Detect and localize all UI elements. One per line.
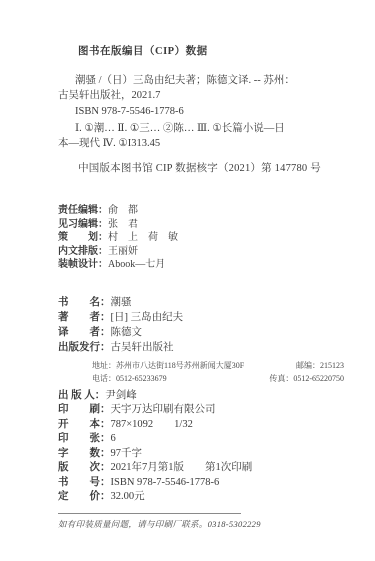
credit-label: 责任编辑： (58, 205, 108, 216)
address-text: 地址：苏州市八达街118号苏州新闻大厦30F (92, 359, 244, 372)
credit-row: 装帧设计：Abook—七月 (58, 258, 355, 272)
printing-value: 6 (111, 433, 116, 444)
printing-row: 印 刷：天宇万达印刷有限公司 (58, 403, 355, 418)
publication-row: 书 名：潮骚 (58, 295, 355, 310)
publication-label: 书 名： (58, 297, 111, 308)
translator-name: 陈德文 (111, 327, 143, 338)
printing-label: 定 价： (58, 491, 111, 502)
credit-row: 见习编辑：张 君 (58, 218, 355, 232)
cip-entry: 潮骚 /（日）三岛由纪夫著；陈德文译. -- 苏州： 古吴轩出版社，2021.7 (58, 73, 355, 103)
printing-row: 印 张：6 (58, 432, 355, 447)
printing-value: 2021年7月第1版 第1次印刷 (111, 462, 253, 473)
credit-row: 内文排版：王丽妍 (58, 245, 355, 259)
publisher-name: 古吴轩出版社 (111, 342, 174, 353)
cip-classification: Ⅰ. ①潮… Ⅱ. ①三… ②陈… Ⅲ. ①长篇小说—日 本—现代 Ⅳ. ①I3… (58, 121, 355, 151)
publication-row: 著 者：[日] 三岛由纪夫 (58, 310, 355, 325)
zip-text: 邮编：215123 (296, 359, 344, 372)
credit-label: 装帧设计： (58, 259, 108, 270)
cip-entry-line: 古吴轩出版社，2021.7 (58, 88, 355, 103)
printing-label: 书 号： (58, 477, 111, 488)
publication-info: 书 名：潮骚 著 者：[日] 三岛由纪夫 译 者：陈德文 出版发行：古吴轩出版社 (58, 295, 355, 355)
credit-row: 策 划：村 上 荷 敏 (58, 231, 355, 245)
printing-label: 版 次： (58, 462, 111, 473)
credit-value: 王丽妍 (108, 246, 138, 257)
publication-label: 出版发行： (58, 342, 111, 353)
printing-label: 字 数： (58, 448, 111, 459)
printing-row: 字 数：97千字 (58, 447, 355, 462)
publisher-contact: 地址：苏州市八达街118号苏州新闻大厦30F 邮编：215123 电话：0512… (92, 359, 344, 385)
copyright-page: 图书在版编目（CIP）数据 潮骚 /（日）三岛由纪夫著；陈德文译. -- 苏州：… (0, 0, 375, 561)
cip-record-number: 中国版本图书馆 CIP 数据核字（2021）第 147780 号 (58, 160, 341, 175)
editorial-credits: 责任编辑：俞 都 见习编辑：张 君 策 划：村 上 荷 敏 内文排版：王丽妍 装… (58, 204, 355, 272)
credit-value: 张 君 (108, 219, 138, 230)
printing-label: 印 张： (58, 433, 111, 444)
printing-row: 书 号：ISBN 978-7-5546-1778-6 (58, 476, 355, 491)
cip-isbn-line: ISBN 978-7-5546-1778-6 (58, 104, 355, 119)
printing-value: 97千字 (111, 448, 143, 459)
fax-text: 传真：0512-65220750 (269, 372, 344, 385)
printing-label: 出 版 人： (58, 390, 105, 401)
contact-address-line: 地址：苏州市八达街118号苏州新闻大厦30F 邮编：215123 (92, 359, 344, 372)
credit-value: 村 上 荷 敏 (108, 232, 178, 243)
publication-row: 译 者：陈德文 (58, 325, 355, 340)
credit-label: 见习编辑： (58, 219, 108, 230)
credit-value: 俞 都 (108, 205, 138, 216)
printing-value: 787×1092 1/32 (111, 419, 193, 430)
printing-info: 出 版 人：尹剑峰 印 刷：天宇万达印刷有限公司 开 本：787×1092 1/… (58, 389, 355, 505)
publication-row: 出版发行：古吴轩出版社 (58, 340, 355, 355)
cip-classification-line: Ⅰ. ①潮… Ⅱ. ①三… ②陈… Ⅲ. ①长篇小说—日 (58, 121, 355, 136)
cip-classification-line: 本—现代 Ⅳ. ①I313.45 (58, 136, 355, 151)
credit-label: 策 划： (58, 232, 108, 243)
publication-label: 译 者： (58, 327, 111, 338)
printing-label: 印 刷： (58, 404, 111, 415)
printing-row: 版 次：2021年7月第1版 第1次印刷 (58, 461, 355, 476)
price-value: 32.00元 (111, 491, 145, 502)
credit-value: Abook—七月 (108, 259, 165, 270)
printing-row: 出 版 人：尹剑峰 (58, 389, 355, 404)
cip-entry-line: 潮骚 /（日）三岛由纪夫著；陈德文译. -- 苏州： (58, 73, 355, 88)
printing-row: 开 本：787×1092 1/32 (58, 418, 355, 433)
quality-note: 如有印装质量问题，请与印刷厂联系。0318-5302229 (58, 518, 355, 530)
credit-label: 内文排版： (58, 246, 108, 257)
printing-value: ISBN 978-7-5546-1778-6 (111, 477, 220, 488)
printing-value: 天宇万达印刷有限公司 (111, 404, 216, 415)
author-name: [日] 三岛由纪夫 (111, 312, 184, 323)
book-title: 潮骚 (111, 297, 132, 308)
printing-value: 尹剑峰 (105, 390, 137, 401)
contact-phone-line: 电话：0512-65233679 传真：0512-65220750 (92, 372, 344, 385)
publication-label: 著 者： (58, 312, 111, 323)
credit-row: 责任编辑：俞 都 (58, 204, 355, 218)
phone-text: 电话：0512-65233679 (92, 372, 167, 385)
cip-title: 图书在版编目（CIP）数据 (78, 43, 355, 58)
divider-rule (58, 513, 241, 514)
printing-row: 定 价：32.00元 (58, 490, 355, 505)
printing-label: 开 本： (58, 419, 111, 430)
